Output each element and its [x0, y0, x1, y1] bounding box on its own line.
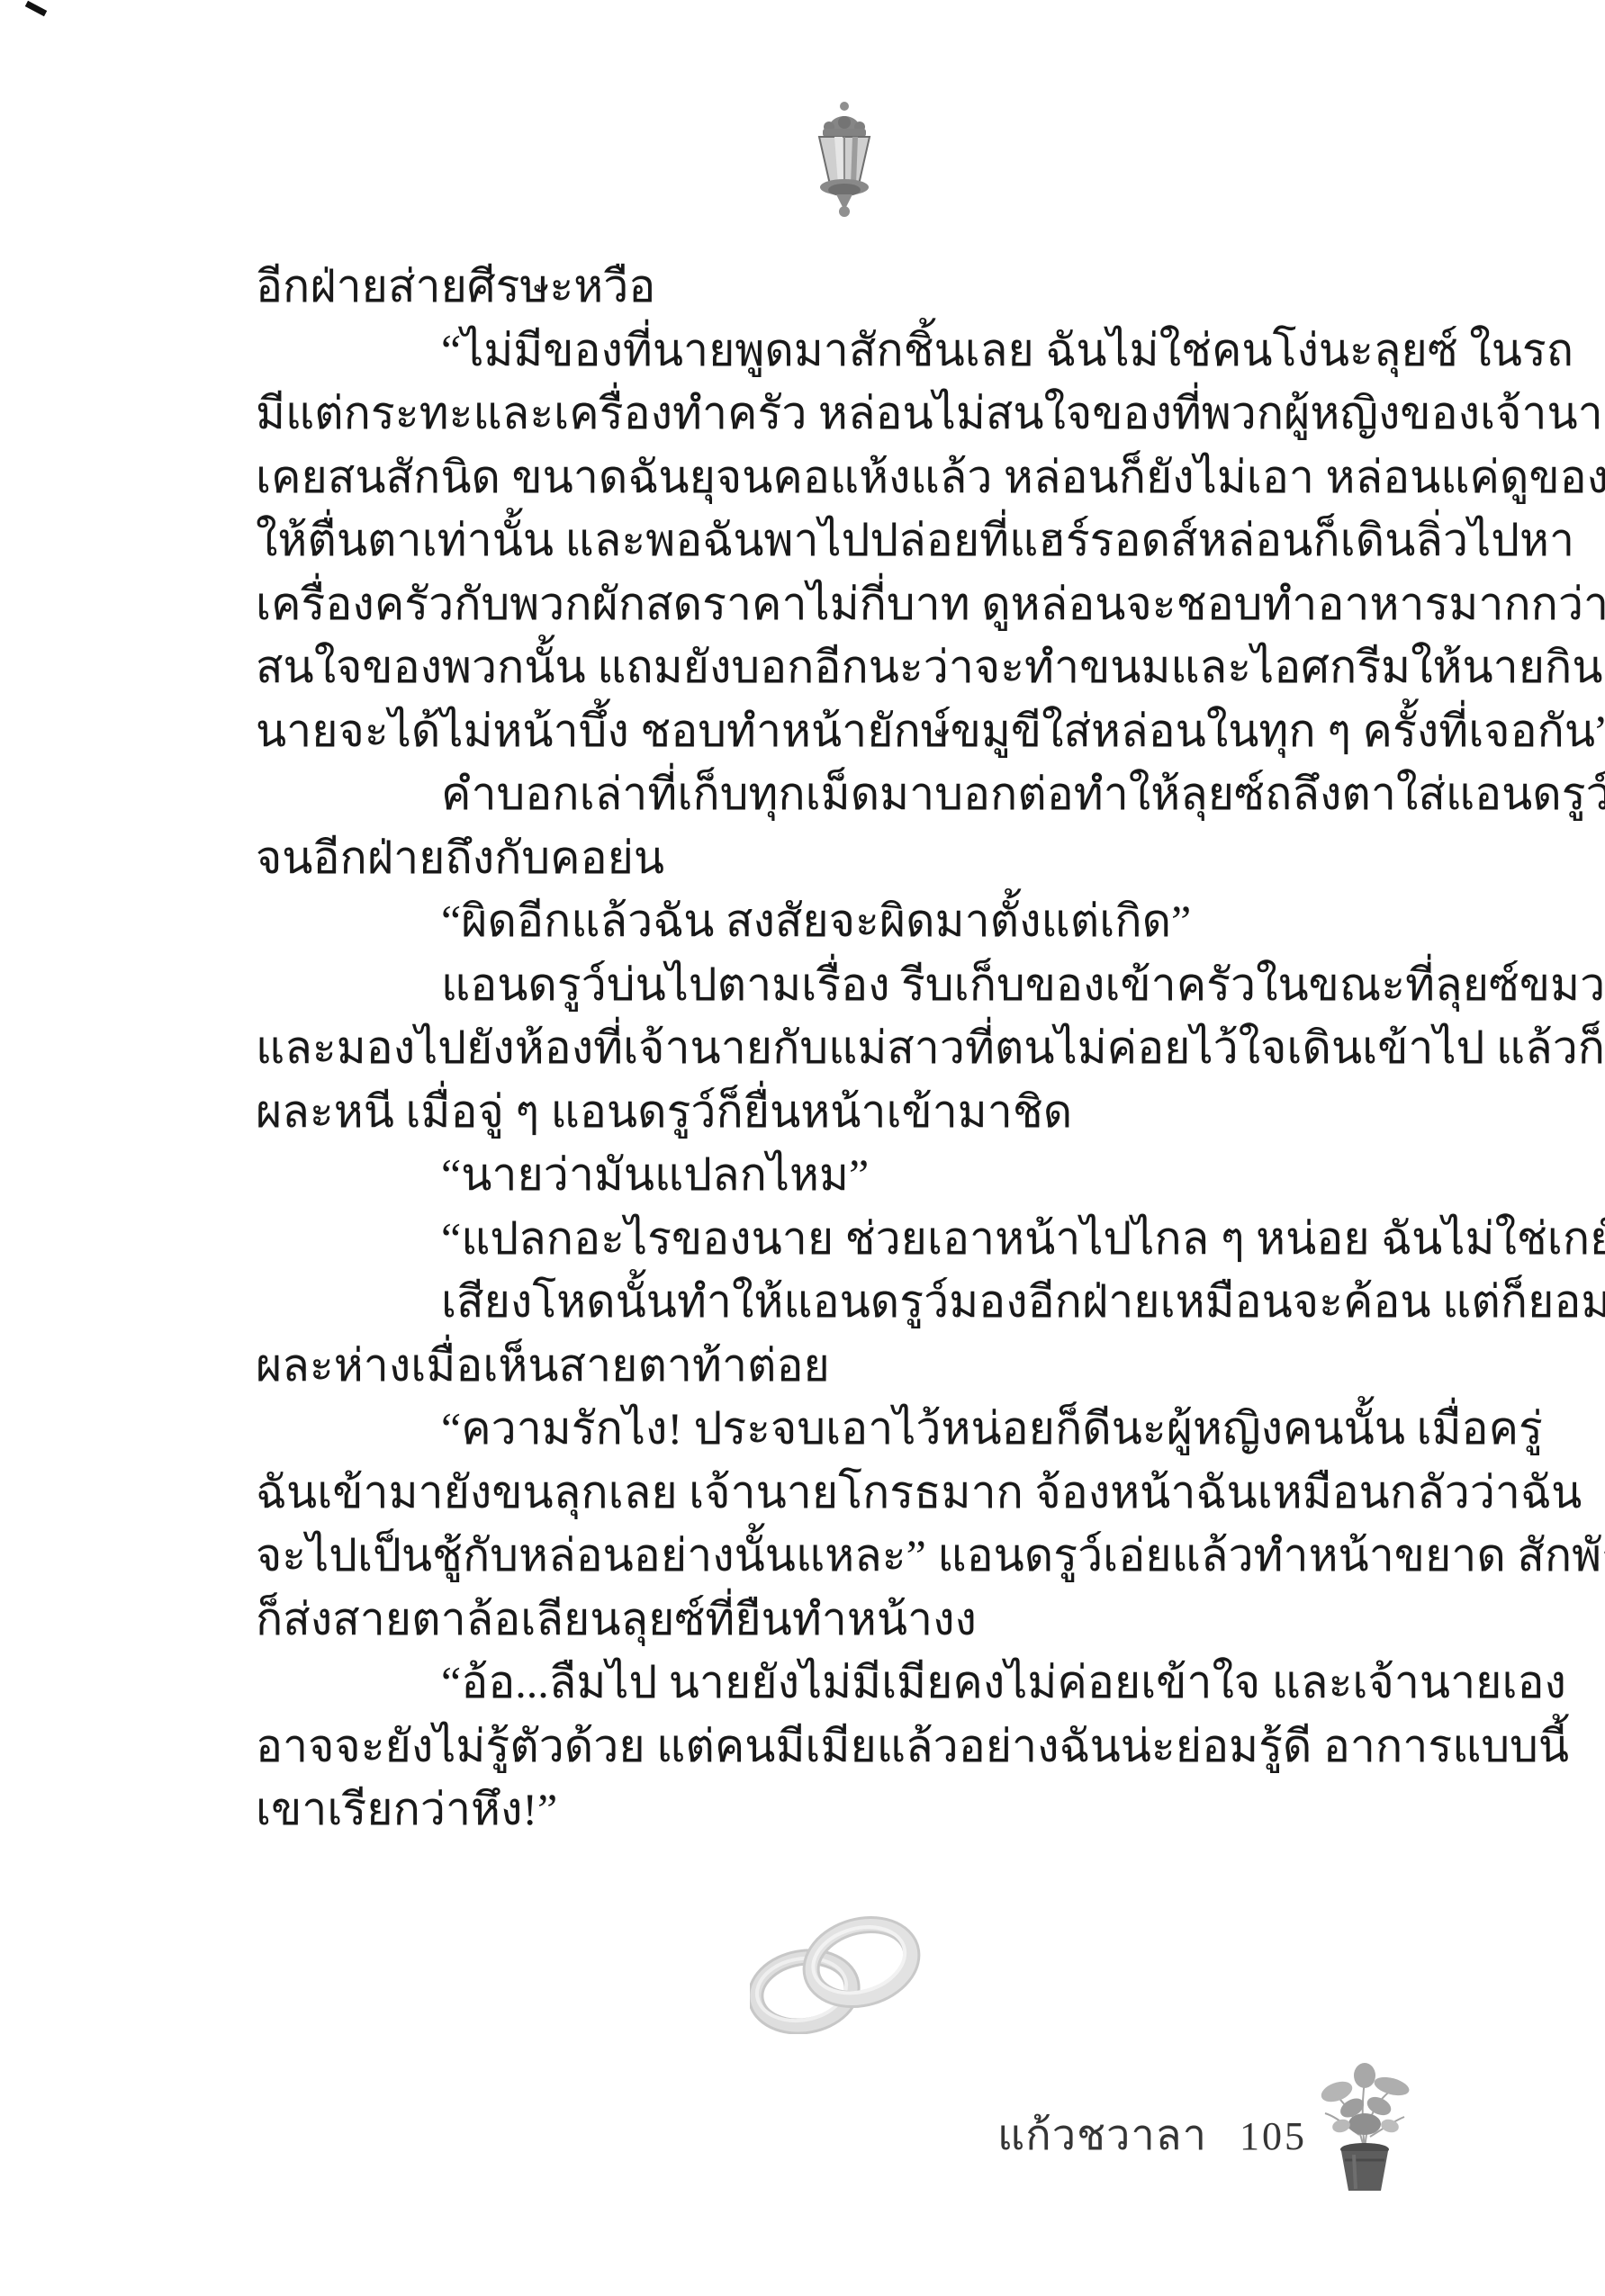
text-line: แอนดรูว์บ่นไปตามเรื่อง รีบเก็บของเข้าครั…	[256, 953, 1392, 1017]
text-line: อาจจะยังไม่รู้ตัวด้วย แต่คนมีเมียแล้วอย่…	[256, 1715, 1392, 1778]
text-line: “นายว่ามันแปลกไหม”	[256, 1143, 1392, 1207]
text-line: “ไม่มีของที่นายพูดมาสักชิ้นเลย ฉันไม่ใช่…	[256, 319, 1392, 383]
scan-artifact-mark	[25, 1, 47, 16]
lantern-ornament-icon	[813, 101, 876, 218]
page-footer: แก้วชวาลา105	[0, 2101, 1307, 2168]
text-line: “อ้อ...ลืมไป นายยังไม่มีเมียคงไม่ค่อยเข้…	[256, 1651, 1392, 1715]
text-line: ผละห่างเมื่อเห็นสายตาท้าต่อย	[256, 1334, 1392, 1398]
book-page: อีกฝ่ายส่ายศีรษะหวือ“ไม่มีของที่นายพูดมา…	[0, 0, 1605, 2296]
text-line: สนใจของพวกนั้น แถมยังบอกอีกนะว่าจะทำขนมแ…	[256, 635, 1392, 699]
text-line: ฉันเข้ามายังขนลุกเลย เจ้านายโกรธมาก จ้อง…	[256, 1461, 1392, 1525]
text-line: มีแต่กระทะและเครื่องทำครัว หล่อนไม่สนใจข…	[256, 382, 1392, 446]
text-line: คำบอกเล่าที่เก็บทุกเม็ดมาบอกต่อทำให้ลุยซ…	[256, 762, 1392, 826]
page-text-block: อีกฝ่ายส่ายศีรษะหวือ“ไม่มีของที่นายพูดมา…	[256, 255, 1392, 1841]
text-line: จนอีกฝ่ายถึงกับคอย่น	[256, 826, 1392, 890]
text-line: “ความรักไง! ประจบเอาไว้หน่อยก็ดีนะผู้หญิ…	[256, 1397, 1392, 1461]
text-line: จะไปเป็นชู้กับหล่อนอย่างนั้นแหละ” แอนดรู…	[256, 1524, 1392, 1588]
wedding-rings-icon	[750, 1906, 923, 2034]
text-line: เคยสนสักนิด ขนาดฉันยุจนคอแห้งแล้ว หล่อนก…	[256, 446, 1392, 509]
running-book-title: แก้วชวาลา	[997, 2112, 1207, 2159]
text-line: เสียงโหดนั้นทำให้แอนดรูว์มองอีกฝ่ายเหมือ…	[256, 1270, 1392, 1334]
text-line: “ผิดอีกแล้วฉัน สงสัยจะผิดมาตั้งแต่เกิด”	[256, 889, 1392, 953]
text-line: นายจะได้ไม่หน้าบึ้ง ชอบทำหน้ายักษ์ขมูขีใ…	[256, 699, 1392, 763]
text-line: อีกฝ่ายส่ายศีรษะหวือ	[256, 255, 1392, 319]
text-line: เครื่องครัวกับพวกผักสดราคาไม่กี่บาท ดูหล…	[256, 572, 1392, 636]
text-line: เขาเรียกว่าหึง!”	[256, 1778, 1392, 1841]
page-number: 105	[1240, 2114, 1307, 2158]
text-line: ผละหนี เมื่อจู่ ๆ แอนดรูว์ก็ยื่นหน้าเข้า…	[256, 1080, 1392, 1144]
text-line: “แปลกอะไรของนาย ช่วยเอาหน้าไปไกล ๆ หน่อย…	[256, 1207, 1392, 1271]
text-line: ก็ส่งสายตาล้อเลียนลุยซ์ที่ยืนทำหน้างง	[256, 1588, 1392, 1652]
text-line: ให้ตื่นตาเท่านั้น และพอฉันพาไปปล่อยที่แฮ…	[256, 509, 1392, 572]
flower-pot-icon	[1314, 2054, 1415, 2196]
text-line: และมองไปยังห้องที่เจ้านายกับแม่สาวที่ตนไ…	[256, 1016, 1392, 1080]
